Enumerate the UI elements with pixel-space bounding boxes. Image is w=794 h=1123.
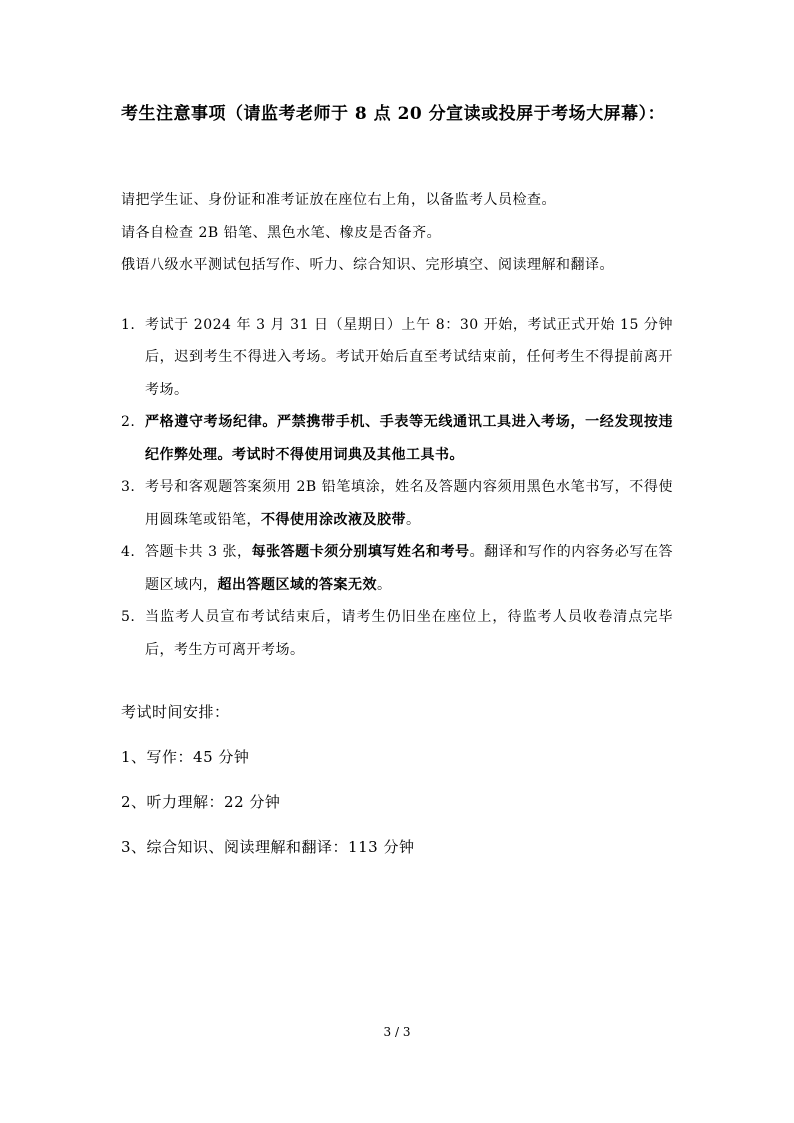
notice-text-segment: 考试于 2024 年 3 月 31 日（星期日）上午 8：30 开始，考试正式开… <box>145 317 673 398</box>
schedule-section: 考试时间安排： 1、写作：45 分钟2、听力理解：22 分钟3、综合知识、阅读理… <box>121 690 673 870</box>
notice-item-number: 4. <box>121 536 135 569</box>
schedule-item: 3、综合知识、阅读理解和翻译：113 分钟 <box>121 825 673 870</box>
schedule-item: 2、听力理解：22 分钟 <box>121 780 673 825</box>
notice-item-number: 5. <box>121 601 135 634</box>
notice-item-number: 2. <box>121 406 135 439</box>
notice-item: 4.答题卡共 3 张，每张答题卡须分别填写姓名和考号。翻译和写作的内容务必写在答… <box>121 536 673 601</box>
notice-item: 5.当监考人员宣布考试结束后，请考生仍旧坐在座位上，待监考人员收卷清点完毕后，考… <box>121 601 673 666</box>
page-number: 3 / 3 <box>0 1024 794 1040</box>
notice-item: 3.考号和客观题答案须用 2B 铅笔填涂，姓名及答题内容须用黑色水笔书写，不得使… <box>121 471 673 536</box>
notice-item: 1.考试于 2024 年 3 月 31 日（星期日）上午 8：30 开始，考试正… <box>121 309 673 407</box>
notice-item-number: 3. <box>121 471 135 504</box>
notice-text-segment: 超出答题区域的答案无效 <box>218 577 378 593</box>
schedule-items: 1、写作：45 分钟2、听力理解：22 分钟3、综合知识、阅读理解和翻译：113… <box>121 735 673 870</box>
notice-text-segment: 严格遵守考场纪律。严禁携带手机、手表等无线通讯工具进入考场，一经发现按违纪作弊处… <box>145 414 673 463</box>
intro-line: 请各自检查 2B 铅笔、黑色水笔、橡皮是否备齐。 <box>121 217 673 250</box>
notice-text-segment: 不得使用涂改液及胶带 <box>261 512 406 528</box>
notice-text-segment: 每张答题卡须分别填写姓名和考号 <box>252 544 470 560</box>
notice-item: 2.严格遵守考场纪律。严禁携带手机、手表等无线通讯工具进入考场，一经发现按违纪作… <box>121 406 673 471</box>
notice-text-segment: 。 <box>377 577 392 593</box>
notice-text-segment: 答题卡共 3 张， <box>145 544 252 560</box>
intro-line: 俄语八级水平测试包括写作、听力、综合知识、完形填空、阅读理解和翻译。 <box>121 249 673 282</box>
notice-item-text: 严格遵守考场纪律。严禁携带手机、手表等无线通讯工具进入考场，一经发现按违纪作弊处… <box>145 414 673 463</box>
page-title: 考生注意事项（请监考老师于 8 点 20 分宣读或投屏于考场大屏幕）： <box>121 100 673 128</box>
notice-text-segment: 当监考人员宣布考试结束后，请考生仍旧坐在座位上，待监考人员收卷清点完毕后，考生方… <box>145 609 673 658</box>
notice-text-segment: 。 <box>406 512 421 528</box>
page-content: 考生注意事项（请监考老师于 8 点 20 分宣读或投屏于考场大屏幕）： 请把学生… <box>0 100 794 870</box>
intro-line: 请把学生证、身份证和准考证放在座位右上角，以备监考人员检查。 <box>121 184 673 217</box>
notice-item-text: 当监考人员宣布考试结束后，请考生仍旧坐在座位上，待监考人员收卷清点完毕后，考生方… <box>145 609 673 658</box>
notice-item-text: 考试于 2024 年 3 月 31 日（星期日）上午 8：30 开始，考试正式开… <box>145 317 673 398</box>
intro-paragraphs: 请把学生证、身份证和准考证放在座位右上角，以备监考人员检查。请各自检查 2B 铅… <box>121 184 673 282</box>
notice-item-text: 答题卡共 3 张，每张答题卡须分别填写姓名和考号。翻译和写作的内容务必写在答题区… <box>145 544 673 593</box>
notice-item-text: 考号和客观题答案须用 2B 铅笔填涂，姓名及答题内容须用黑色水笔书写，不得使用圆… <box>145 479 673 528</box>
schedule-item: 1、写作：45 分钟 <box>121 735 673 780</box>
schedule-heading: 考试时间安排： <box>121 690 673 735</box>
notice-item-number: 1. <box>121 309 135 342</box>
notices-list: 1.考试于 2024 年 3 月 31 日（星期日）上午 8：30 开始，考试正… <box>121 309 673 667</box>
document-page: 考生注意事项（请监考老师于 8 点 20 分宣读或投屏于考场大屏幕）： 请把学生… <box>0 0 794 1123</box>
